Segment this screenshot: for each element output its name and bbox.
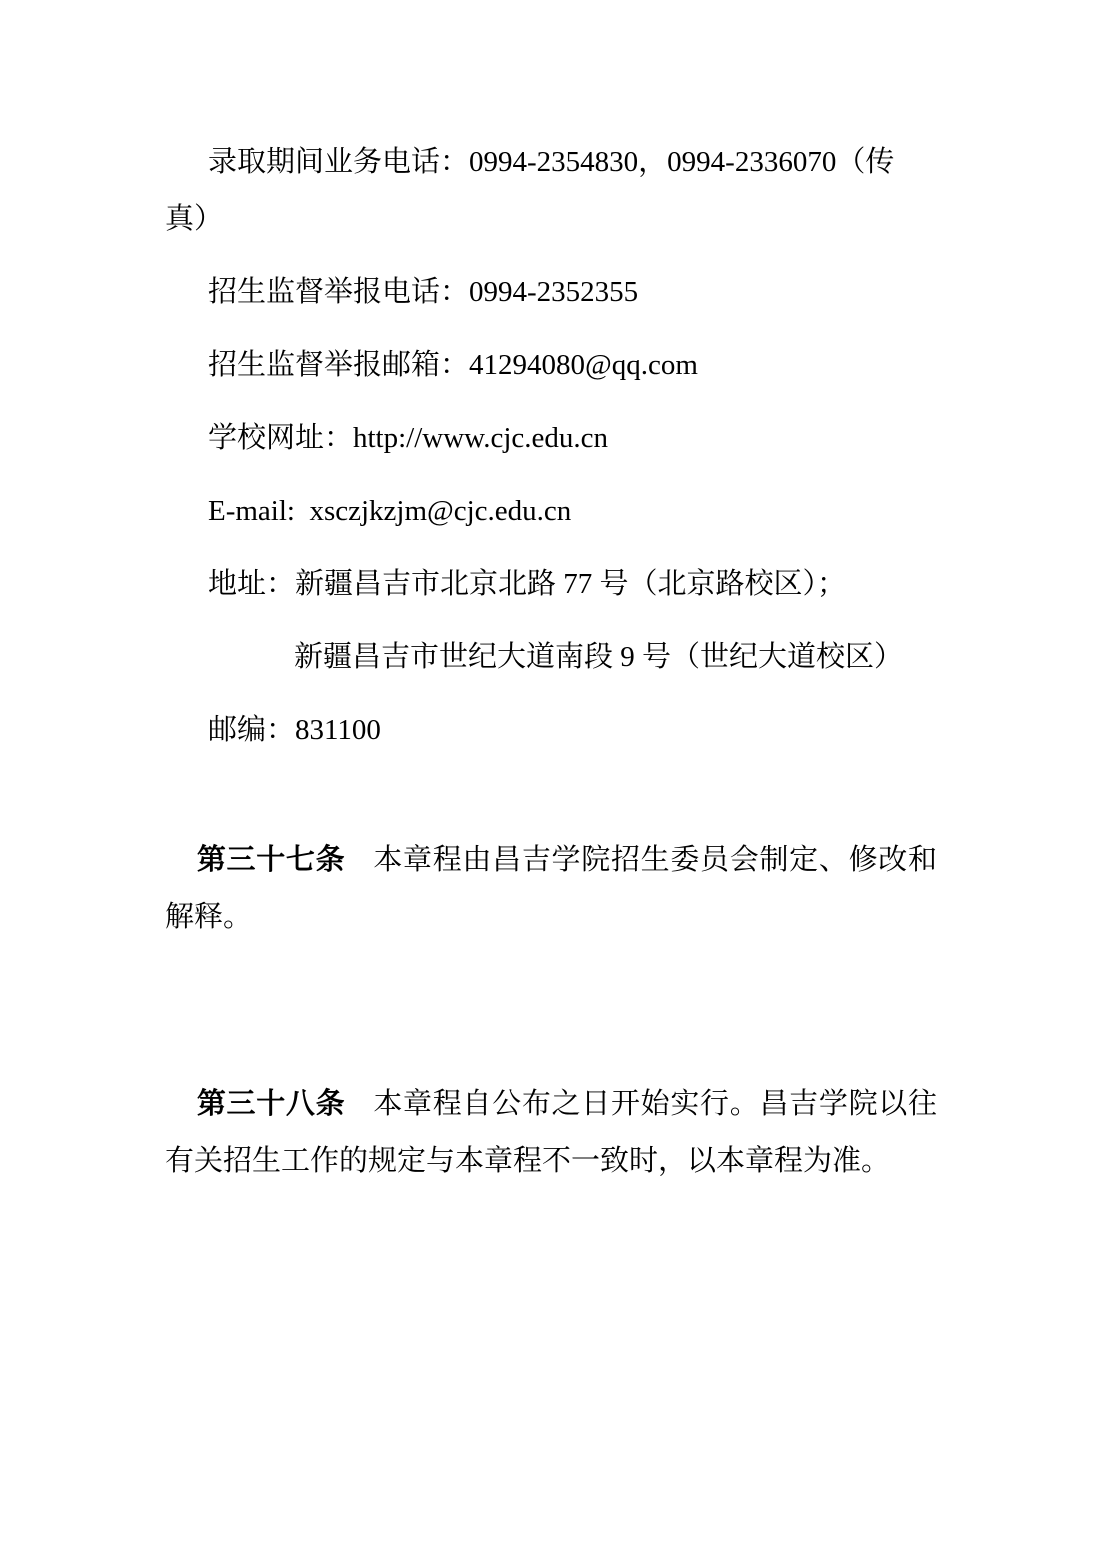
contact-line-address-1: 地址：新疆昌吉市北京北路 77 号（北京路校区）； [165, 556, 937, 613]
article-38-number: 第三十八条 [197, 1088, 346, 1120]
contact-line-postal-code: 邮编：831100 [165, 702, 937, 759]
article-37-number: 第三十七条 [197, 844, 346, 876]
contact-line-supervision-email: 招生监督举报邮箱：41294080@qq.com [165, 337, 937, 394]
contact-line-email: E-mail: xsczjkzjm@cjc.edu.cn [165, 483, 937, 540]
document-page: 录取期间业务电话：0994-2354830，0994-2336070（传真） 招… [0, 0, 1102, 1559]
article-37: 第三十七条本章程由昌吉学院招生委员会制定、修改和解释。 [165, 775, 937, 1003]
article-38: 第三十八条本章程自公布之日开始实行。昌吉学院以往有关招生工作的规定与本章程不一致… [165, 1019, 937, 1247]
contact-line-supervision-phone: 招生监督举报电话：0994-2352355 [165, 264, 937, 321]
contact-line-address-2: 新疆昌吉市世纪大道南段 9 号（世纪大道校区） [165, 629, 937, 686]
contact-line-website: 学校网址：http://www.cjc.edu.cn [165, 410, 937, 467]
contact-line-admission-phone: 录取期间业务电话：0994-2354830，0994-2336070（传真） [165, 134, 937, 248]
